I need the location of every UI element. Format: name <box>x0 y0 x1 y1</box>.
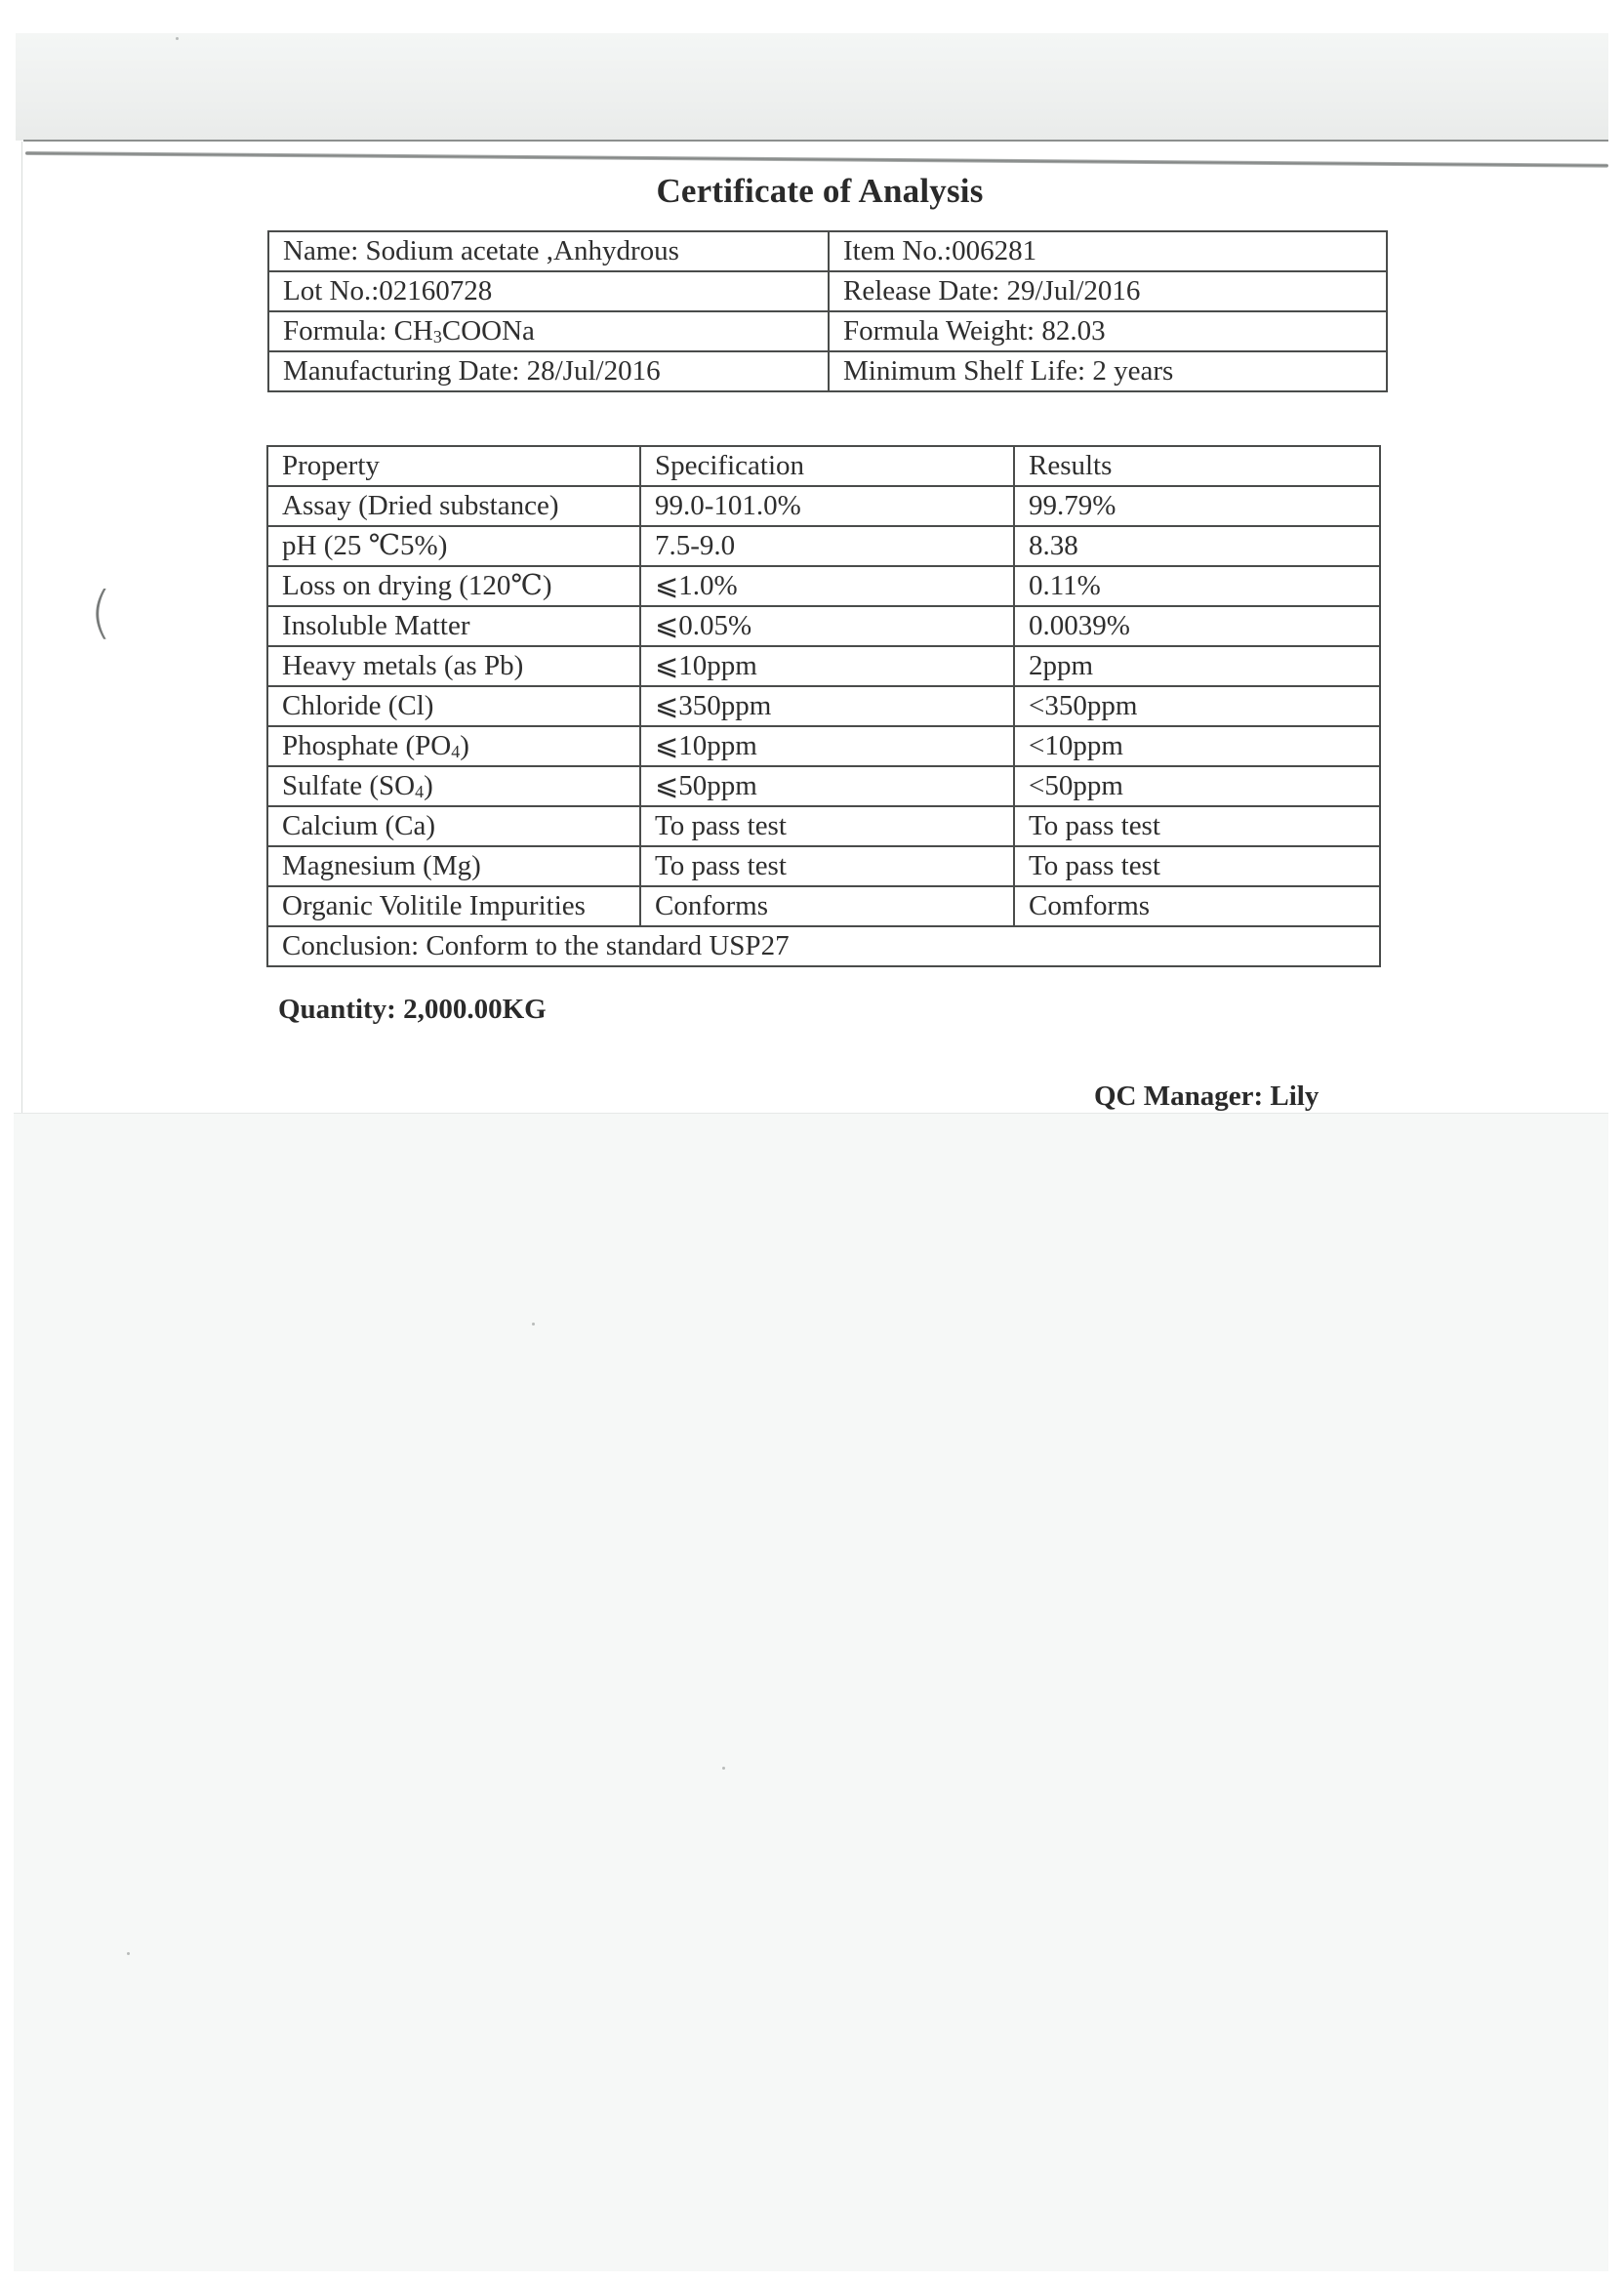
specification-cell: 7.5-9.0 <box>640 526 1014 566</box>
header-specification: Specification <box>640 446 1014 486</box>
table-row: Phosphate (PO4) ⩽10ppm <10ppm <box>267 726 1380 766</box>
table-row: Heavy metals (as Pb) ⩽10ppm 2ppm <box>267 646 1380 686</box>
property-suffix: ) <box>424 770 433 801</box>
result-cell: 2ppm <box>1014 646 1380 686</box>
specification-cell: ⩽0.05% <box>640 606 1014 646</box>
result-cell: To pass test <box>1014 846 1380 886</box>
specification-cell: ⩽350ppm <box>640 686 1014 726</box>
specification-cell: 99.0-101.0% <box>640 486 1014 526</box>
specification-cell: ⩽10ppm <box>640 726 1014 766</box>
property-subscript: 4 <box>415 782 424 801</box>
info-row: Formula: CH3COONa Formula Weight: 82.03 <box>268 311 1387 351</box>
property-cell: Heavy metals (as Pb) <box>267 646 640 686</box>
property-cell: Organic Volitile Impurities <box>267 886 640 926</box>
scan-blank-lower-area <box>14 1113 1608 2271</box>
scan-left-edge <box>21 142 22 1118</box>
quantity-label: Quantity: 2,000.00KG <box>278 994 547 1026</box>
info-row: Manufacturing Date: 28/Jul/2016 Minimum … <box>268 351 1387 391</box>
property-subscript: 4 <box>451 742 460 761</box>
punch-hole-mark: ( <box>90 584 112 640</box>
scan-page-edge-line <box>25 151 1608 168</box>
table-row: Chloride (Cl) ⩽350ppm <350ppm <box>267 686 1380 726</box>
property-cell: Chloride (Cl) <box>267 686 640 726</box>
manufacturing-date: Manufacturing Date: 28/Jul/2016 <box>268 351 829 391</box>
table-row: Loss on drying (120℃) ⩽1.0% 0.11% <box>267 566 1380 606</box>
analysis-results-table: Property Specification Results Assay (Dr… <box>266 445 1381 967</box>
formula-subscript: 3 <box>433 327 442 347</box>
scan-speck <box>532 1323 535 1326</box>
formula: Formula: CH3COONa <box>268 311 829 351</box>
table-row: Insoluble Matter ⩽0.05% 0.0039% <box>267 606 1380 646</box>
conclusion-row: Conclusion: Conform to the standard USP2… <box>267 926 1380 966</box>
table-row: pH (25 ℃5%) 7.5-9.0 8.38 <box>267 526 1380 566</box>
product-info-table: Name: Sodium acetate ,Anhydrous Item No.… <box>267 230 1388 392</box>
result-cell: Comforms <box>1014 886 1380 926</box>
result-cell: <50ppm <box>1014 766 1380 806</box>
property-cell: Magnesium (Mg) <box>267 846 640 886</box>
property-cell: Sulfate (SO4) <box>267 766 640 806</box>
scan-speck <box>176 37 179 40</box>
table-row: Organic Volitile Impurities Conforms Com… <box>267 886 1380 926</box>
scan-speck <box>722 1767 725 1770</box>
info-row: Name: Sodium acetate ,Anhydrous Item No.… <box>268 231 1387 271</box>
specification-cell: Conforms <box>640 886 1014 926</box>
qc-manager-signature: QC Manager: Lily <box>1094 1081 1319 1113</box>
specification-cell: ⩽10ppm <box>640 646 1014 686</box>
property-cell: Assay (Dried substance) <box>267 486 640 526</box>
conclusion-text: Conclusion: Conform to the standard USP2… <box>267 926 1380 966</box>
table-row: Magnesium (Mg) To pass test To pass test <box>267 846 1380 886</box>
scan-speck <box>127 1952 130 1955</box>
result-cell: 99.79% <box>1014 486 1380 526</box>
property-suffix: ) <box>460 730 469 761</box>
result-cell: 0.0039% <box>1014 606 1380 646</box>
document-title: Certificate of Analysis <box>0 172 1624 211</box>
property-cell: Loss on drying (120℃) <box>267 566 640 606</box>
property-cell: pH (25 ℃5%) <box>267 526 640 566</box>
formula-suffix: COONa <box>442 315 535 347</box>
result-cell: To pass test <box>1014 806 1380 846</box>
result-cell: 8.38 <box>1014 526 1380 566</box>
table-header-row: Property Specification Results <box>267 446 1380 486</box>
property-prefix: Phosphate (PO <box>282 730 451 761</box>
header-property: Property <box>267 446 640 486</box>
property-prefix: Sulfate (SO <box>282 770 415 801</box>
result-cell: <350ppm <box>1014 686 1380 726</box>
result-cell: 0.11% <box>1014 566 1380 606</box>
specification-cell: To pass test <box>640 806 1014 846</box>
formula-prefix: Formula: CH <box>283 315 433 347</box>
shelf-life: Minimum Shelf Life: 2 years <box>829 351 1387 391</box>
specification-cell: ⩽50ppm <box>640 766 1014 806</box>
table-row: Sulfate (SO4) ⩽50ppm <50ppm <box>267 766 1380 806</box>
product-name: Name: Sodium acetate ,Anhydrous <box>268 231 829 271</box>
release-date: Release Date: 29/Jul/2016 <box>829 271 1387 311</box>
header-results: Results <box>1014 446 1380 486</box>
table-row: Calcium (Ca) To pass test To pass test <box>267 806 1380 846</box>
lot-number: Lot No.:02160728 <box>268 271 829 311</box>
formula-weight: Formula Weight: 82.03 <box>829 311 1387 351</box>
scan-edge-line <box>23 140 1608 142</box>
property-cell: Calcium (Ca) <box>267 806 640 846</box>
item-number: Item No.:006281 <box>829 231 1387 271</box>
property-cell: Insoluble Matter <box>267 606 640 646</box>
table-row: Assay (Dried substance) 99.0-101.0% 99.7… <box>267 486 1380 526</box>
property-cell: Phosphate (PO4) <box>267 726 640 766</box>
specification-cell: ⩽1.0% <box>640 566 1014 606</box>
scan-top-shadow-band <box>16 33 1608 141</box>
result-cell: <10ppm <box>1014 726 1380 766</box>
info-row: Lot No.:02160728 Release Date: 29/Jul/20… <box>268 271 1387 311</box>
specification-cell: To pass test <box>640 846 1014 886</box>
